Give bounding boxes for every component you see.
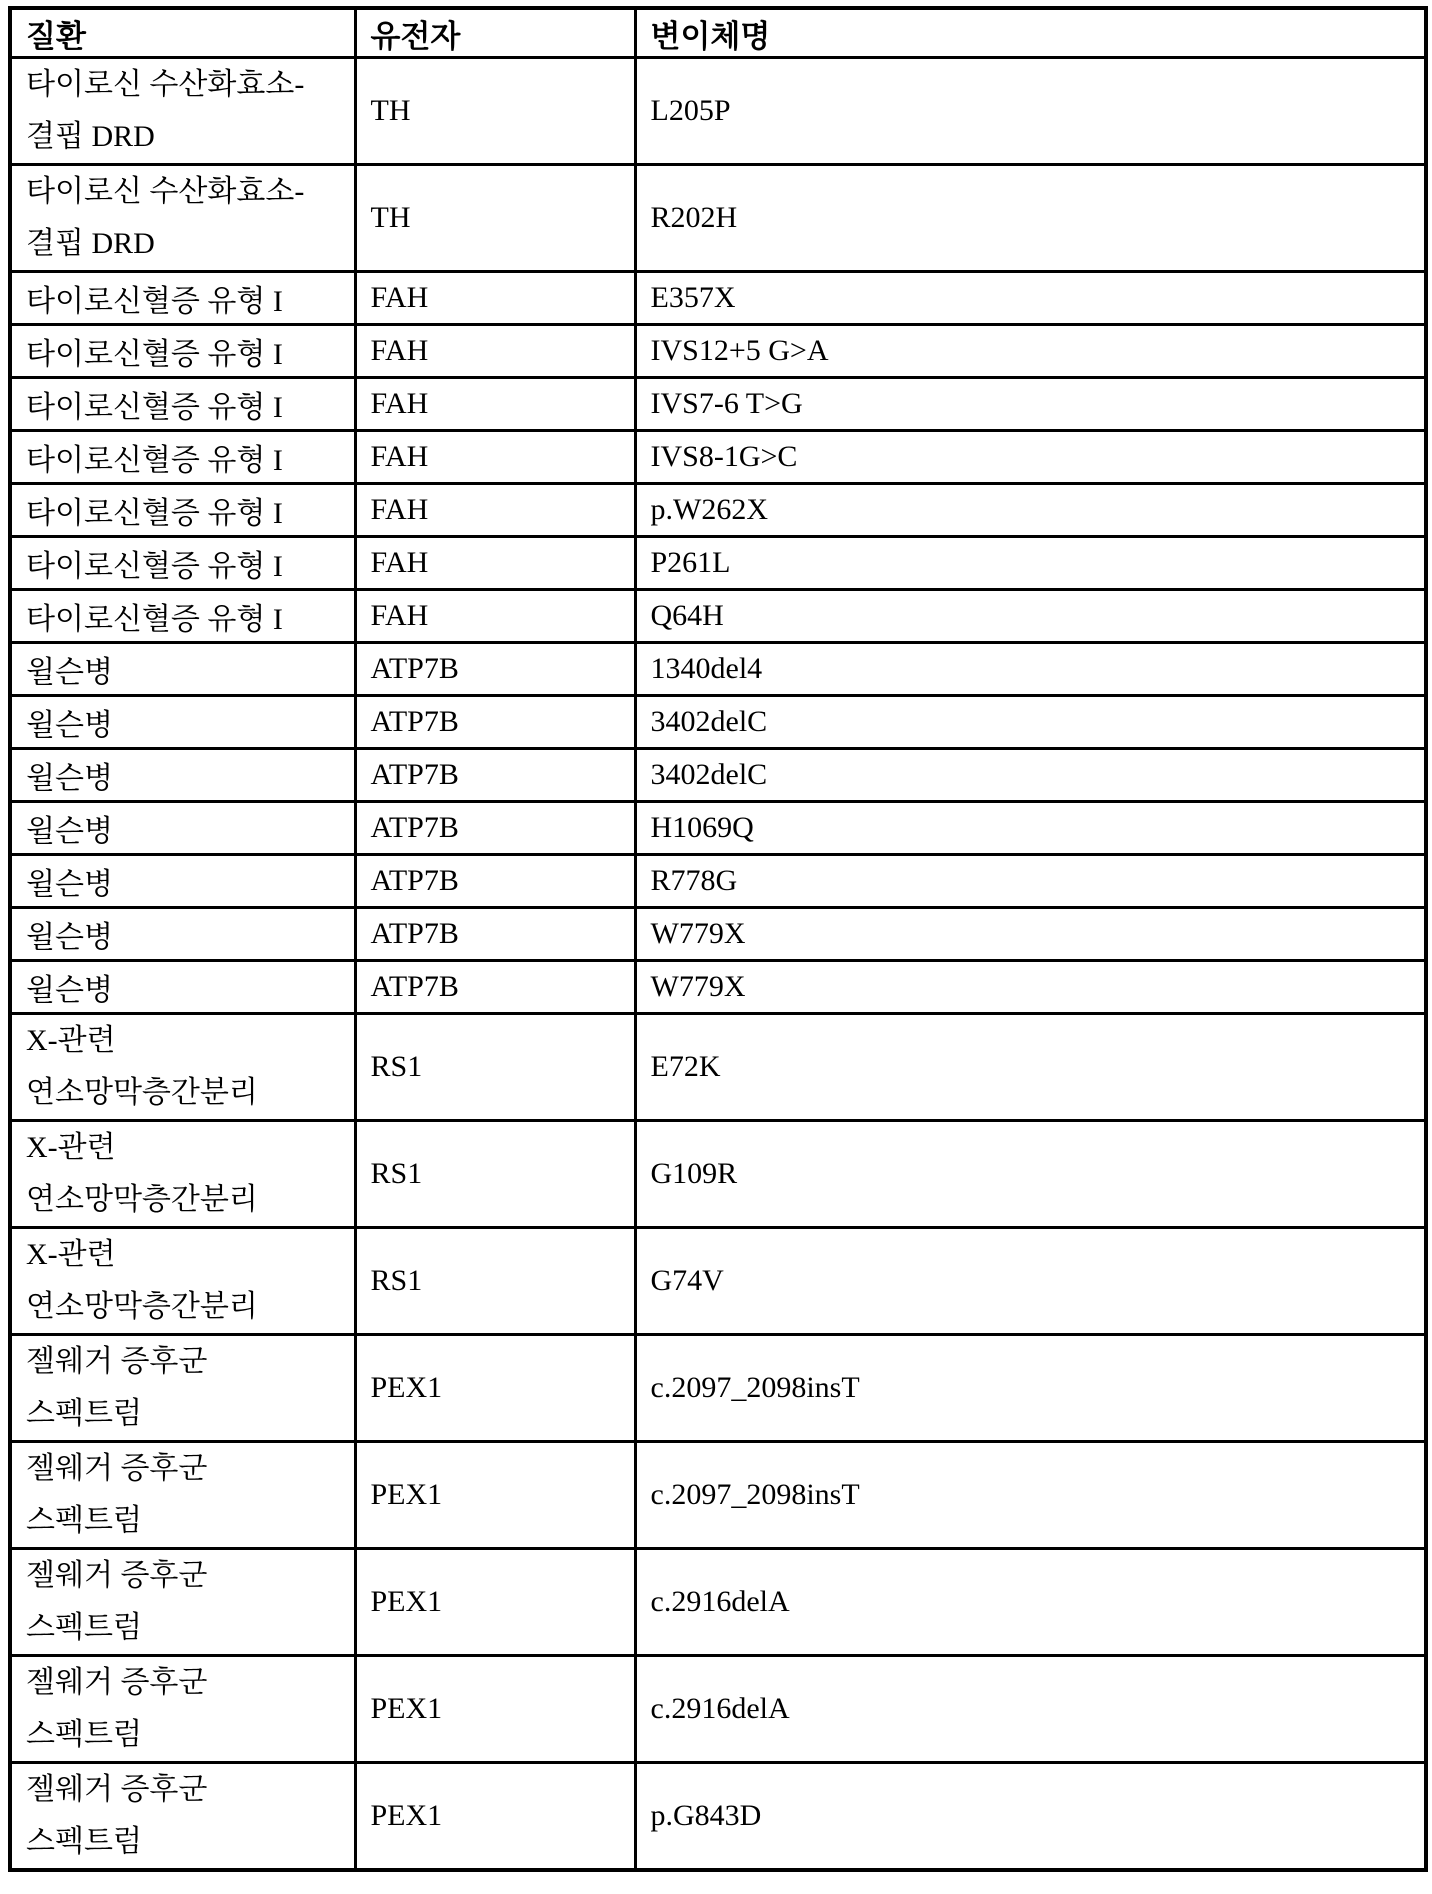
disease-line: 결핍 DRD [26, 218, 350, 270]
document-page: 질환 유전자 변이체명 타이로신 수산화효소-결핍 DRDTHL205P타이로신… [0, 0, 1432, 1894]
disease-line: 스펙트럼 [26, 1816, 350, 1868]
cell-disease: 타이로신혈증 유형 I [10, 378, 355, 431]
table-row: 젤웨거 증후군스펙트럼PEX1c.2097_2098insT [10, 1335, 1426, 1442]
cell-disease: 윌슨병 [10, 855, 355, 908]
cell-variant: c.2916delA [635, 1656, 1426, 1763]
cell-gene: FAH [355, 325, 635, 378]
cell-disease: 윌슨병 [10, 749, 355, 802]
cell-gene: RS1 [355, 1121, 635, 1228]
table-row: 윌슨병ATP7BW779X [10, 961, 1426, 1014]
table-row: 윌슨병ATP7BR778G [10, 855, 1426, 908]
disease-line: 스펙트럼 [26, 1495, 350, 1547]
disease-line: 젤웨거 증후군 [26, 1443, 350, 1495]
disease-line: 윌슨병 [26, 806, 350, 850]
table-row: 타이로신혈증 유형 IFAHE357X [10, 272, 1426, 325]
cell-gene: PEX1 [355, 1335, 635, 1442]
column-header-gene: 유전자 [355, 8, 635, 58]
cell-variant: G109R [635, 1121, 1426, 1228]
cell-gene: FAH [355, 272, 635, 325]
cell-variant: E357X [635, 272, 1426, 325]
disease-line: 타이로신혈증 유형 I [26, 594, 350, 638]
table-row: 젤웨거 증후군스펙트럼PEX1p.G843D [10, 1763, 1426, 1871]
cell-disease: 젤웨거 증후군스펙트럼 [10, 1763, 355, 1871]
cell-variant: L205P [635, 58, 1426, 165]
disease-line: 스펙트럼 [26, 1709, 350, 1761]
cell-variant: G74V [635, 1228, 1426, 1335]
cell-variant: 3402delC [635, 696, 1426, 749]
cell-gene: PEX1 [355, 1763, 635, 1871]
cell-gene: ATP7B [355, 643, 635, 696]
cell-gene: PEX1 [355, 1549, 635, 1656]
disease-line: 타이로신 수산화효소- [26, 59, 350, 111]
cell-gene: ATP7B [355, 961, 635, 1014]
cell-gene: PEX1 [355, 1656, 635, 1763]
header-row: 질환 유전자 변이체명 [10, 8, 1426, 58]
cell-disease: 윌슨병 [10, 802, 355, 855]
disease-line: 타이로신혈증 유형 I [26, 382, 350, 426]
cell-variant: p.W262X [635, 484, 1426, 537]
cell-disease: 타이로신혈증 유형 I [10, 272, 355, 325]
cell-gene: ATP7B [355, 749, 635, 802]
disease-line: 타이로신혈증 유형 I [26, 488, 350, 532]
cell-variant: c.2097_2098insT [635, 1442, 1426, 1549]
disease-line: 윌슨병 [26, 700, 350, 744]
cell-variant: P261L [635, 537, 1426, 590]
table-row: 윌슨병ATP7BW779X [10, 908, 1426, 961]
cell-variant: c.2097_2098insT [635, 1335, 1426, 1442]
table-row: 윌슨병ATP7BH1069Q [10, 802, 1426, 855]
cell-gene: RS1 [355, 1014, 635, 1121]
disease-line: 타이로신혈증 유형 I [26, 276, 350, 320]
table-row: 타이로신혈증 유형 IFAHIVS8-1G>C [10, 431, 1426, 484]
cell-disease: X-관련연소망막층간분리 [10, 1228, 355, 1335]
table-row: X-관련연소망막층간분리RS1G109R [10, 1121, 1426, 1228]
cell-variant: W779X [635, 961, 1426, 1014]
disease-line: 스펙트럼 [26, 1388, 350, 1440]
cell-disease: 젤웨거 증후군스펙트럼 [10, 1442, 355, 1549]
column-header-variant: 변이체명 [635, 8, 1426, 58]
cell-disease: 젤웨거 증후군스펙트럼 [10, 1335, 355, 1442]
table-header: 질환 유전자 변이체명 [10, 8, 1426, 58]
table-row: 젤웨거 증후군스펙트럼PEX1c.2916delA [10, 1549, 1426, 1656]
disease-line: 윌슨병 [26, 859, 350, 903]
cell-gene: ATP7B [355, 908, 635, 961]
cell-gene: FAH [355, 378, 635, 431]
cell-disease: 타이로신혈증 유형 I [10, 537, 355, 590]
cell-gene: RS1 [355, 1228, 635, 1335]
disease-line: 윌슨병 [26, 753, 350, 797]
cell-disease: 타이로신혈증 유형 I [10, 484, 355, 537]
cell-variant: p.G843D [635, 1763, 1426, 1871]
disease-line: 젤웨거 증후군 [26, 1550, 350, 1602]
disease-line: X-관련 [26, 1122, 350, 1174]
table-row: 윌슨병ATP7B3402delC [10, 696, 1426, 749]
cell-gene: TH [355, 165, 635, 272]
disease-line: 결핍 DRD [26, 111, 350, 163]
cell-gene: FAH [355, 484, 635, 537]
cell-gene: FAH [355, 431, 635, 484]
cell-variant: IVS12+5 G>A [635, 325, 1426, 378]
disease-line: 젤웨거 증후군 [26, 1336, 350, 1388]
cell-variant: c.2916delA [635, 1549, 1426, 1656]
cell-variant: E72K [635, 1014, 1426, 1121]
disease-line: 타이로신 수산화효소- [26, 166, 350, 218]
table-row: 타이로신혈증 유형 IFAHIVS7-6 T>G [10, 378, 1426, 431]
table-row: X-관련연소망막층간분리RS1G74V [10, 1228, 1426, 1335]
cell-variant: 1340del4 [635, 643, 1426, 696]
cell-disease: 타이로신 수산화효소-결핍 DRD [10, 165, 355, 272]
disease-gene-variant-table: 질환 유전자 변이체명 타이로신 수산화효소-결핍 DRDTHL205P타이로신… [8, 6, 1428, 1872]
table-row: 타이로신 수산화효소-결핍 DRDTHR202H [10, 165, 1426, 272]
table-row: 타이로신 수산화효소-결핍 DRDTHL205P [10, 58, 1426, 165]
disease-line: 타이로신혈증 유형 I [26, 435, 350, 479]
cell-disease: 젤웨거 증후군스펙트럼 [10, 1549, 355, 1656]
table-row: 타이로신혈증 유형 IFAHIVS12+5 G>A [10, 325, 1426, 378]
cell-variant: 3402delC [635, 749, 1426, 802]
cell-disease: 윌슨병 [10, 961, 355, 1014]
cell-disease: 윌슨병 [10, 908, 355, 961]
cell-disease: 타이로신혈증 유형 I [10, 431, 355, 484]
table-row: 젤웨거 증후군스펙트럼PEX1c.2916delA [10, 1656, 1426, 1763]
cell-variant: W779X [635, 908, 1426, 961]
cell-gene: PEX1 [355, 1442, 635, 1549]
cell-gene: ATP7B [355, 802, 635, 855]
cell-gene: FAH [355, 537, 635, 590]
table-row: 타이로신혈증 유형 IFAHQ64H [10, 590, 1426, 643]
cell-gene: FAH [355, 590, 635, 643]
cell-disease: X-관련연소망막층간분리 [10, 1121, 355, 1228]
cell-disease: 타이로신혈증 유형 I [10, 590, 355, 643]
disease-line: 윌슨병 [26, 912, 350, 956]
disease-line: 윌슨병 [26, 647, 350, 691]
cell-disease: 타이로신혈증 유형 I [10, 325, 355, 378]
cell-variant: Q64H [635, 590, 1426, 643]
disease-line: X-관련 [26, 1015, 350, 1067]
cell-variant: R778G [635, 855, 1426, 908]
disease-line: 연소망막층간분리 [26, 1067, 350, 1119]
cell-disease: X-관련연소망막층간분리 [10, 1014, 355, 1121]
cell-variant: R202H [635, 165, 1426, 272]
disease-line: 젤웨거 증후군 [26, 1657, 350, 1709]
disease-line: X-관련 [26, 1229, 350, 1281]
disease-line: 연소망막층간분리 [26, 1281, 350, 1333]
table-body: 타이로신 수산화효소-결핍 DRDTHL205P타이로신 수산화효소-결핍 DR… [10, 58, 1426, 1871]
cell-disease: 타이로신 수산화효소-결핍 DRD [10, 58, 355, 165]
cell-gene: TH [355, 58, 635, 165]
cell-gene: ATP7B [355, 696, 635, 749]
disease-line: 스펙트럼 [26, 1602, 350, 1654]
disease-line: 윌슨병 [26, 965, 350, 1009]
disease-line: 타이로신혈증 유형 I [26, 329, 350, 373]
cell-variant: H1069Q [635, 802, 1426, 855]
table-row: 윌슨병ATP7B3402delC [10, 749, 1426, 802]
disease-line: 연소망막층간분리 [26, 1174, 350, 1226]
disease-line: 젤웨거 증후군 [26, 1764, 350, 1816]
cell-disease: 윌슨병 [10, 696, 355, 749]
table-row: 젤웨거 증후군스펙트럼PEX1c.2097_2098insT [10, 1442, 1426, 1549]
table-row: 타이로신혈증 유형 IFAHP261L [10, 537, 1426, 590]
table-row: X-관련연소망막층간분리RS1E72K [10, 1014, 1426, 1121]
cell-gene: ATP7B [355, 855, 635, 908]
table-row: 타이로신혈증 유형 IFAHp.W262X [10, 484, 1426, 537]
cell-disease: 윌슨병 [10, 643, 355, 696]
cell-variant: IVS7-6 T>G [635, 378, 1426, 431]
disease-line: 타이로신혈증 유형 I [26, 541, 350, 585]
cell-variant: IVS8-1G>C [635, 431, 1426, 484]
cell-disease: 젤웨거 증후군스펙트럼 [10, 1656, 355, 1763]
column-header-disease: 질환 [10, 8, 355, 58]
table-row: 윌슨병ATP7B1340del4 [10, 643, 1426, 696]
